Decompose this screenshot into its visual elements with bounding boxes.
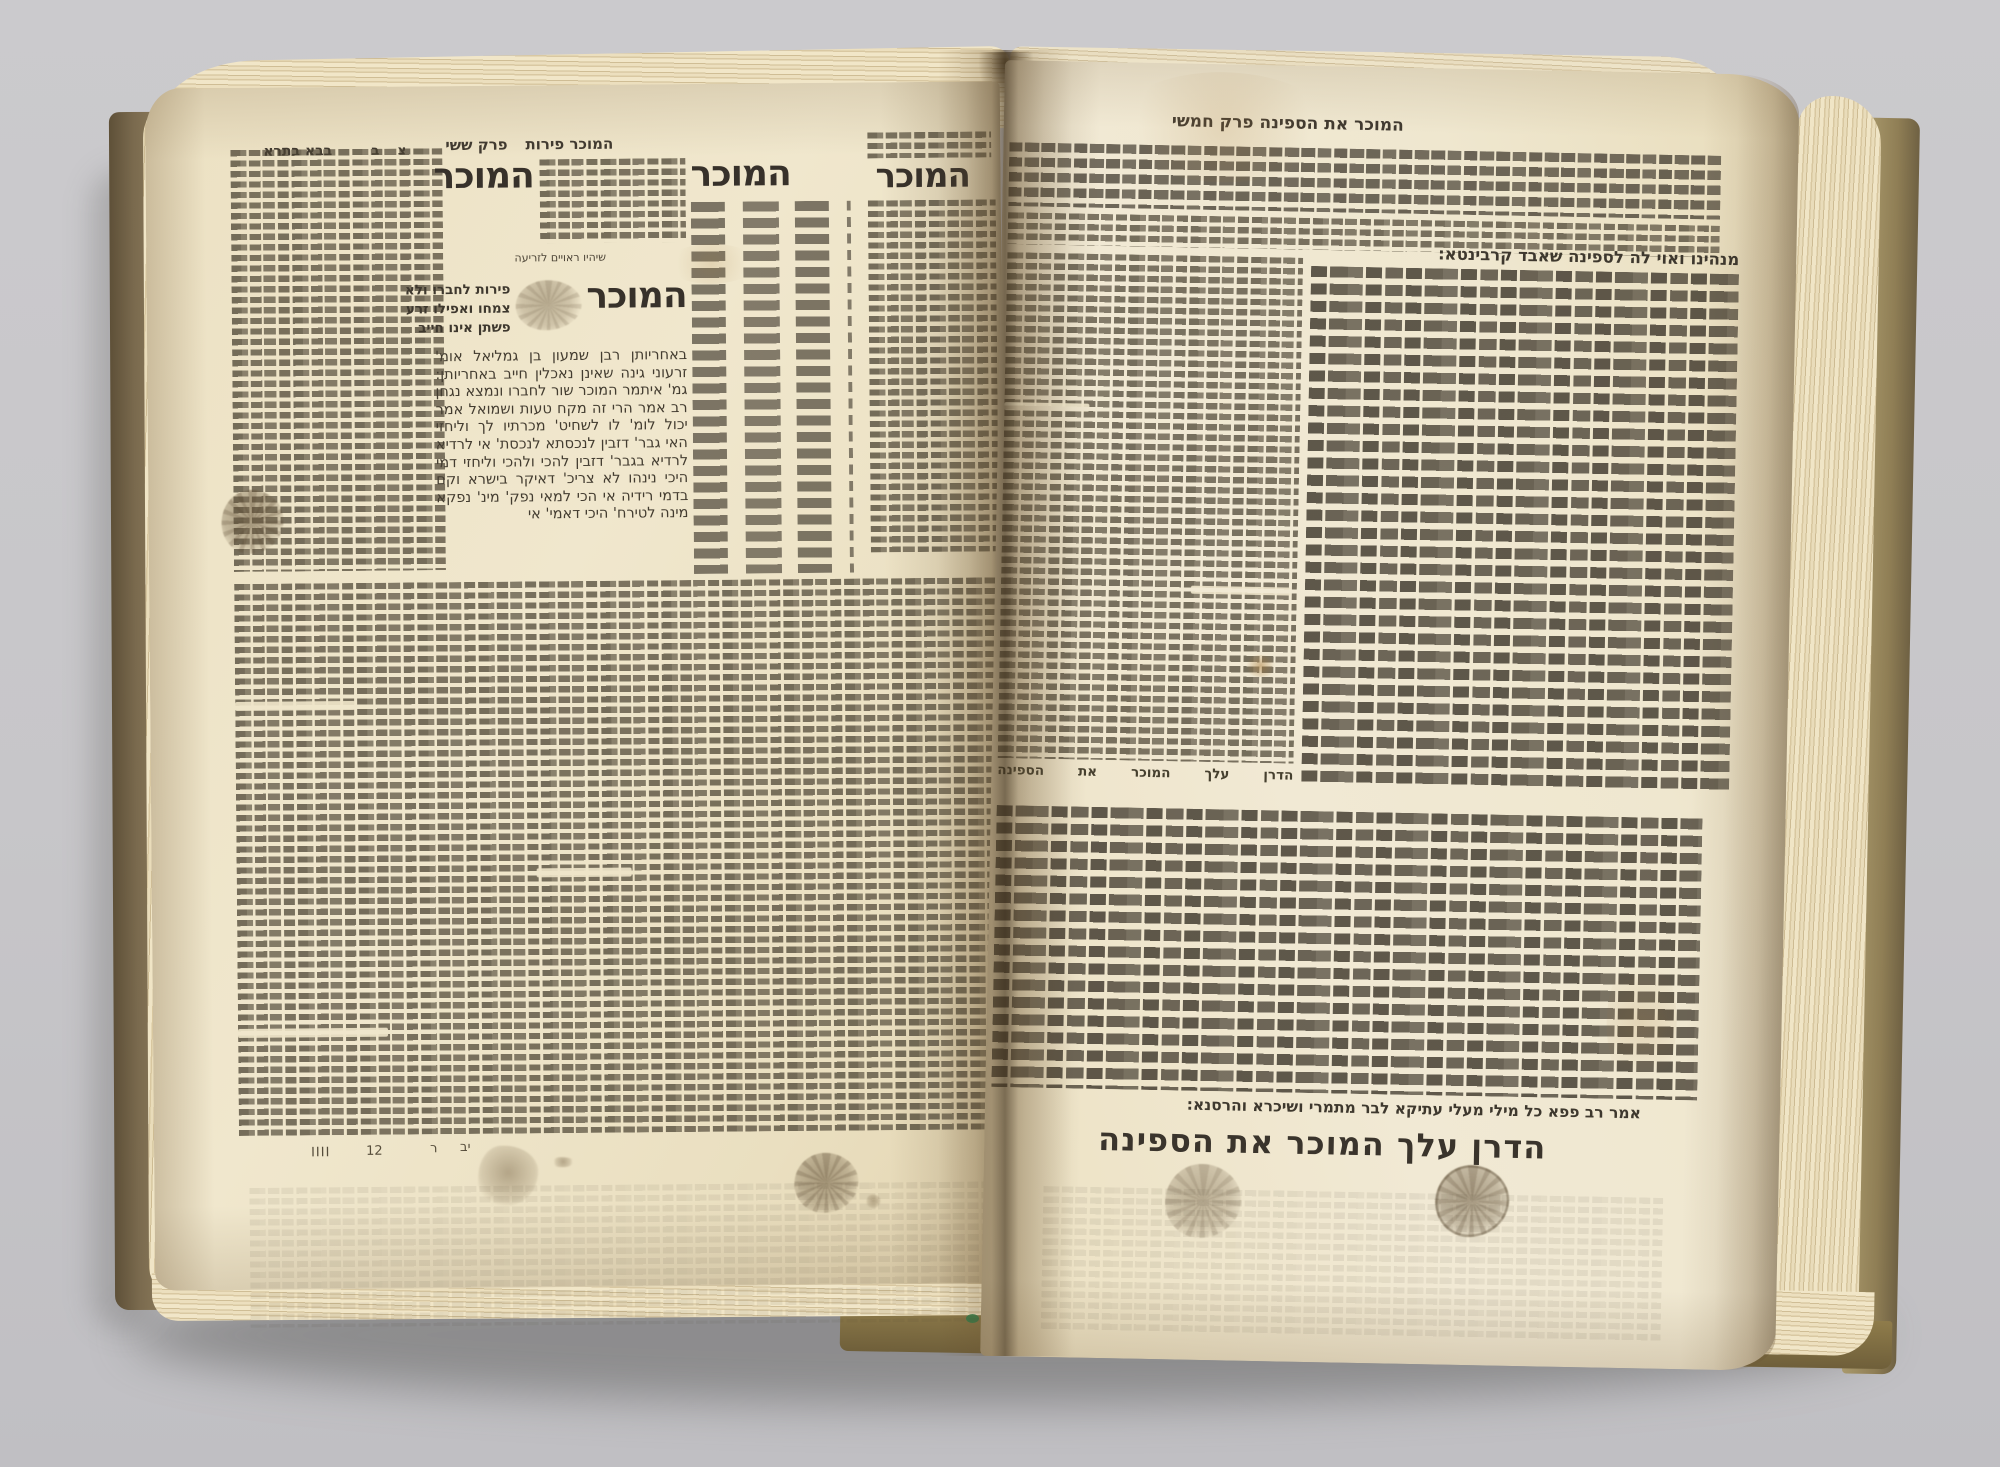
chapter-headword-top: המוכר [433, 159, 534, 248]
middle-text-column: המוכר שיהיו ראויים לזריעה המוכר פירות לח… [433, 158, 688, 525]
ink-dash-bottom [552, 1157, 574, 1167]
gutter-column-text [868, 200, 999, 553]
gutter-headword: המוכר [867, 159, 997, 192]
gemara-paragraph: באחריותן רבן שמעון בן גמליאל אומ' זרעוני… [435, 347, 689, 525]
quire-signature-hebrew-letter: ר [430, 1141, 437, 1156]
gutter-column-top-lines [867, 131, 991, 158]
gemara-column: מנהינו ואוי לה לספינה שאבד קרבינטא: [1301, 242, 1739, 794]
right-page: המוכר את הספינה פרק חמשי הדרן עלך המוכר … [980, 60, 1800, 1371]
chapter-title-left: המוכר פירות [525, 135, 613, 154]
chapter-opening-row: המוכר [433, 158, 686, 248]
inner-headword: המוכר [690, 156, 862, 192]
commentary-column-right-page [998, 252, 1304, 764]
gemara-column-text [1301, 266, 1739, 794]
chapter-number-left: פרק ששי [445, 136, 507, 155]
gutter-column: המוכר [867, 131, 1001, 552]
mishnah-headword: המוכר [586, 279, 687, 314]
talmud-spread-photo: { "photo": { "background_color": "#c7c6c… [0, 0, 2000, 1467]
mishnah-first-lines: פירות לחברו ולא צמחו ואפילו זרע פשתן אינ… [405, 281, 511, 339]
quire-signature-hebrew-pair: יב [460, 1140, 471, 1155]
bottom-gemara-block [991, 805, 1702, 1101]
hadran-display-line: הדרן עלך המוכר את הספינה [1096, 1120, 1549, 1167]
mishnah-opening-row: המוכר פירות לחברו ולא צמחו ואפילו זרע פש… [434, 279, 687, 343]
lower-commentary-block [234, 577, 1007, 1136]
ink-stamp-mishnah [515, 280, 581, 331]
chapter-heading-left: המוכר פירות פרק ששי [445, 135, 613, 154]
left-page: בבא בתרא צ ב המוכר פירות פרק ששי המוכר ש… [145, 81, 1010, 1290]
quire-signature-roman: IIII [311, 1145, 330, 1160]
hadran-inline-line: הדרן עלך המוכר את הספינה [997, 762, 1293, 784]
inner-column: המוכר [690, 156, 866, 574]
bleed-through-text-right [1041, 1186, 1664, 1343]
opening-gloss-block [540, 158, 687, 243]
gloss-caption: שיהיו ראויים לזריעה [434, 250, 686, 265]
wax-spot [1243, 655, 1277, 678]
quire-signature-arabic: 12 [366, 1144, 383, 1159]
top-mishnah-block [1008, 142, 1721, 220]
